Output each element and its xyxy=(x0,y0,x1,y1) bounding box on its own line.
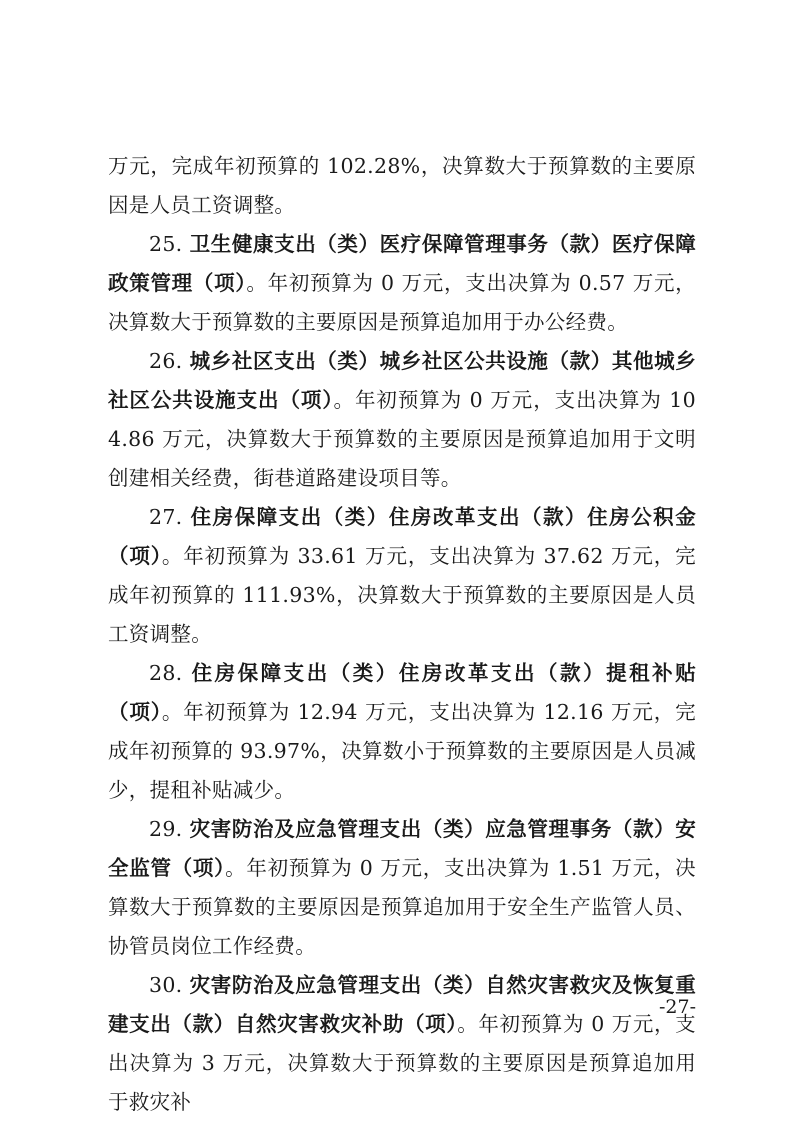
paragraph-text: 。年初预算为 12.94 万元，支出决算为 12.16 万元，完成年初预算的 9… xyxy=(108,700,696,802)
item-number: 26. xyxy=(149,349,190,373)
item-number: 30. xyxy=(149,973,190,997)
paragraph-text: 万元，完成年初预算的 102.28%，决算数大于预算数的主要原因是人员工资调整。 xyxy=(108,154,696,217)
paragraph-26: 26. 城乡社区支出（类）城乡社区公共设施（款）其他城乡社区公共设施支出（项）。… xyxy=(108,342,696,498)
paragraph-24-continuation: 万元，完成年初预算的 102.28%，决算数大于预算数的主要原因是人员工资调整。 xyxy=(108,147,696,225)
paragraph-27: 27. 住房保障支出（类）住房改革支出（款）住房公积金（项）。年初预算为 33.… xyxy=(108,498,696,654)
paragraph-28: 28. 住房保障支出（类）住房改革支出（款）提租补贴（项）。年初预算为 12.9… xyxy=(108,654,696,810)
body-text: 万元，完成年初预算的 102.28%，决算数大于预算数的主要原因是人员工资调整。… xyxy=(108,147,696,1122)
paragraph-30: 30. 灾害防治及应急管理支出（类）自然灾害救灾及恢复重建支出（款）自然灾害救灾… xyxy=(108,966,696,1122)
paragraph-text: 。年初预算为 33.61 万元，支出决算为 37.62 万元，完成年初预算的 1… xyxy=(108,544,696,646)
page-number: -27- xyxy=(659,996,696,1018)
item-number: 25. xyxy=(149,232,190,256)
paragraph-25: 25. 卫生健康支出（类）医疗保障管理事务（款）医疗保障政策管理（项）。年初预算… xyxy=(108,225,696,342)
item-number: 27. xyxy=(149,505,191,529)
document-page: 万元，完成年初预算的 102.28%，决算数大于预算数的主要原因是人员工资调整。… xyxy=(0,0,793,1122)
item-number: 29. xyxy=(149,817,190,841)
item-number: 28. xyxy=(149,661,192,685)
paragraph-29: 29. 灾害防治及应急管理支出（类）应急管理事务（款）安全监管（项）。年初预算为… xyxy=(108,810,696,966)
